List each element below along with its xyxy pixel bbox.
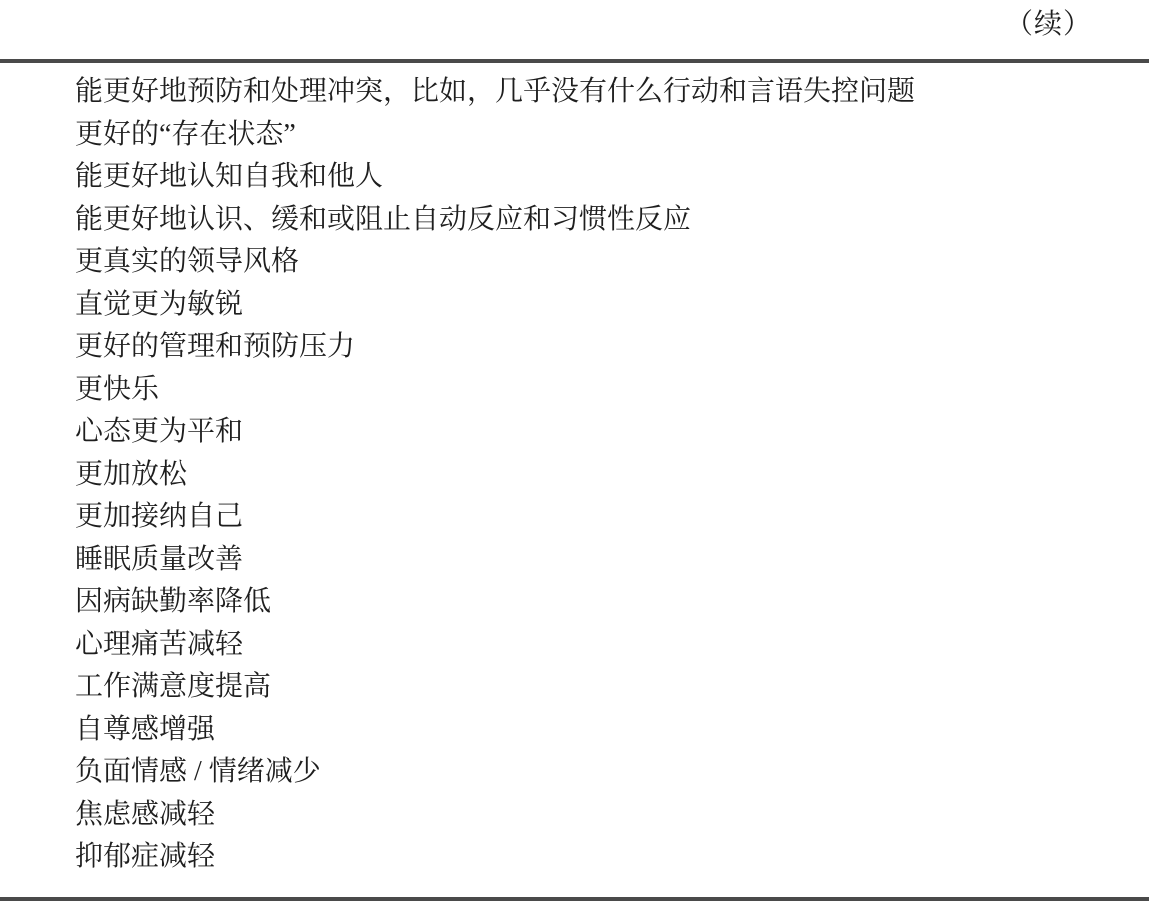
table-row: 抑郁症减轻 [75,836,1132,879]
table-row: 更加接纳自己 [75,496,1132,539]
table-row: 自尊感增强 [75,709,1132,752]
table-row: 更快乐 [75,369,1132,412]
table-continued-label: （续） [1005,7,1092,43]
table-row: 心态更为平和 [75,411,1132,454]
table-row: 工作满意度提高 [75,666,1132,709]
table-body: 能更好地预防和处理冲突，比如，几乎没有什么行动和言语失控问题 更好的“存在状态”… [75,71,1132,879]
table-top-rule [0,59,1149,63]
table-row: 能更好地认知自我和他人 [75,156,1132,199]
table-bottom-rule [0,897,1149,901]
table-row: 负面情感 / 情绪减少 [75,751,1132,794]
table-row: 能更好地认识、缓和或阻止自动反应和习惯性反应 [75,199,1132,242]
table-row: 更加放松 [75,454,1132,497]
table-row: 更好的管理和预防压力 [75,326,1132,369]
table-row: 心理痛苦减轻 [75,624,1132,667]
table-row: 更真实的领导风格 [75,241,1132,284]
table-row: 能更好地预防和处理冲突，比如，几乎没有什么行动和言语失控问题 [75,71,1132,114]
table-row: 更好的“存在状态” [75,114,1132,157]
table-row: 睡眠质量改善 [75,539,1132,582]
table-row: 直觉更为敏锐 [75,284,1132,327]
table-row: 因病缺勤率降低 [75,581,1132,624]
book-page: （续） 能更好地预防和处理冲突，比如，几乎没有什么行动和言语失控问题 更好的“存… [0,0,1152,913]
table-row: 焦虑感减轻 [75,794,1132,837]
